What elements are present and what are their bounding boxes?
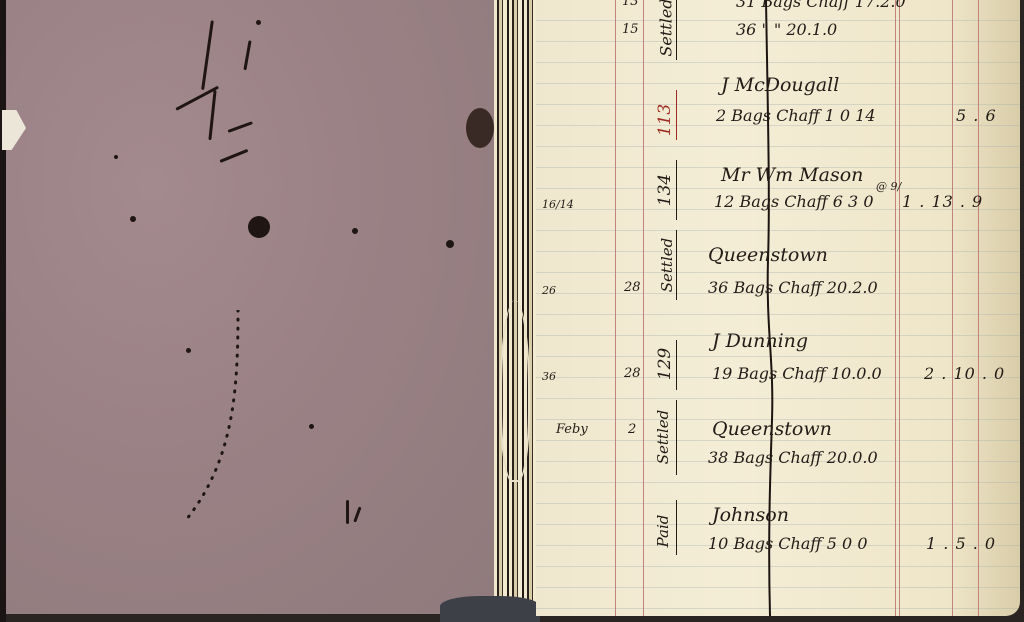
entry-amount: 1 . 5 . 0 (926, 534, 996, 553)
entry-folio: 113 (655, 95, 675, 145)
ledger-page: 13 31 Bags Chaff 17.2.0 15 36 " " 20.1.0… (536, 0, 1020, 616)
ink-blot (256, 20, 261, 25)
status-bracket (676, 230, 677, 300)
entry-folio: 129 (655, 339, 675, 389)
entry-margin-date: Feby (556, 422, 588, 437)
column-rule-date (615, 0, 616, 616)
entry-status: Settled (658, 230, 676, 300)
entry-line: 12 Bags Chaff 6 3 0 (714, 192, 874, 211)
ink-mark (201, 20, 214, 90)
column-rule-pence (978, 0, 979, 616)
entry-name: Mr Wm Mason (721, 164, 863, 186)
status-bracket (676, 500, 677, 555)
entry-name: J Dunning (712, 330, 808, 352)
entry-day: 15 (622, 22, 639, 37)
entry-folio: 134 (655, 165, 675, 215)
status-bracket (676, 0, 677, 60)
ink-blot (130, 216, 136, 222)
entry-name: Queenstown (708, 244, 828, 266)
entry-status: Settled (654, 402, 672, 472)
entry-status: Settled (657, 0, 676, 58)
column-rule-day (643, 0, 644, 616)
binding-thread (500, 300, 530, 482)
folio-bracket (676, 340, 677, 390)
entry-name: Queenstown (712, 418, 832, 440)
entry-rate-note: @ 9/ (876, 180, 901, 193)
entry-line: 31 Bags Chaff 17.2.0 (736, 0, 906, 11)
ink-blot (352, 228, 358, 234)
entry-status: Paid (654, 506, 672, 556)
ink-blot (309, 424, 314, 429)
ink-blot (446, 240, 454, 248)
entry-line: 38 Bags Chaff 20.0.0 (708, 448, 878, 467)
ink-blot (114, 155, 118, 159)
ink-mark (227, 121, 252, 133)
background-shadow (440, 596, 540, 622)
column-rule-desc-end (895, 0, 896, 616)
folio-bracket (676, 90, 677, 140)
ledger-spread: 13 31 Bags Chaff 17.2.0 15 36 " " 20.1.0… (0, 0, 1024, 622)
entry-day: 28 (624, 280, 641, 295)
entry-amount: 5 . 6 (956, 106, 997, 125)
entry-amount: 1 . 13 . 9 (902, 192, 983, 211)
entry-day: 28 (624, 366, 641, 381)
ink-mark (346, 500, 349, 524)
entry-amount: 2 . 10 . 0 (924, 364, 1005, 383)
status-bracket (676, 400, 677, 475)
ink-mark (353, 506, 361, 522)
left-endpaper (6, 0, 496, 614)
ink-blot (248, 216, 270, 238)
ink-mark (208, 90, 216, 140)
entry-line: 2 Bags Chaff 1 0 14 (716, 106, 876, 125)
ink-mark (243, 40, 251, 70)
entry-day: 13 (622, 0, 639, 9)
ink-blot (466, 108, 494, 148)
dotted-ink-trail (176, 310, 256, 530)
entry-line: 19 Bags Chaff 10.0.0 (712, 364, 882, 383)
entry-margin-date: 26 (542, 284, 556, 297)
entry-day: 2 (628, 422, 636, 437)
entry-line: 36 Bags Chaff 20.2.0 (708, 278, 878, 297)
column-rule-desc-end-2 (899, 0, 900, 616)
folio-bracket (676, 160, 677, 220)
ink-mark (219, 149, 248, 163)
column-rule-shillings (952, 0, 953, 616)
entry-line: 36 " " 20.1.0 (736, 20, 837, 39)
entry-name: Johnson (712, 504, 789, 526)
entry-line: 10 Bags Chaff 5 0 0 (708, 534, 868, 553)
entry-name: J McDougall (721, 74, 839, 96)
entry-margin-date: 16/14 (542, 198, 574, 211)
entry-margin-date: 36 (542, 370, 556, 383)
